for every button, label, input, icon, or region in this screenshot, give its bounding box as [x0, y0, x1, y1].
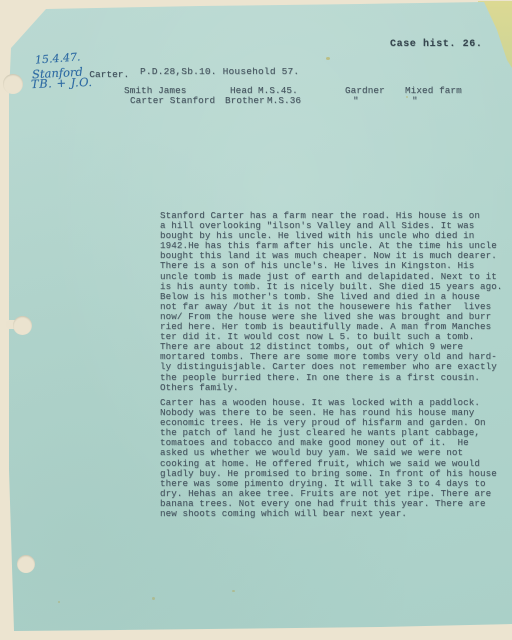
household-row2-occupation-ditto: " [353, 95, 359, 106]
annotation-name-typed: Carter. [89, 69, 129, 80]
paragraph-farm-and-tombs: Stanford Carter has a farm near the road… [160, 211, 502, 393]
punch-hole-top [3, 74, 23, 94]
stain-speck [58, 601, 60, 603]
household-reference: P.D.28,Sb.10. Household 57. [140, 66, 299, 77]
household-row2-relation: Brother [225, 95, 265, 106]
punch-hole-middle [13, 316, 32, 335]
stain-speck [152, 597, 155, 600]
household-row2-farm-ditto: " [412, 95, 418, 106]
stain-speck [406, 96, 408, 98]
stain-speck [232, 590, 235, 592]
stain-speck [326, 57, 330, 60]
punch-hole-bottom [17, 555, 35, 573]
household-row1-occupation: Gardner [345, 85, 385, 96]
household-row2-code: M.S.36 [267, 95, 301, 106]
household-row2-name: Carter Stanford [130, 95, 215, 106]
case-number-label: Case hist. 26. [390, 39, 482, 50]
paragraph-house-and-crops: Carter has a wooden house. It was locked… [160, 398, 497, 519]
scanned-document-page: Case hist. 26. 15.4.47. Stanford Carter.… [0, 0, 512, 640]
annotation-initials: TB. + J.O. [31, 75, 93, 91]
